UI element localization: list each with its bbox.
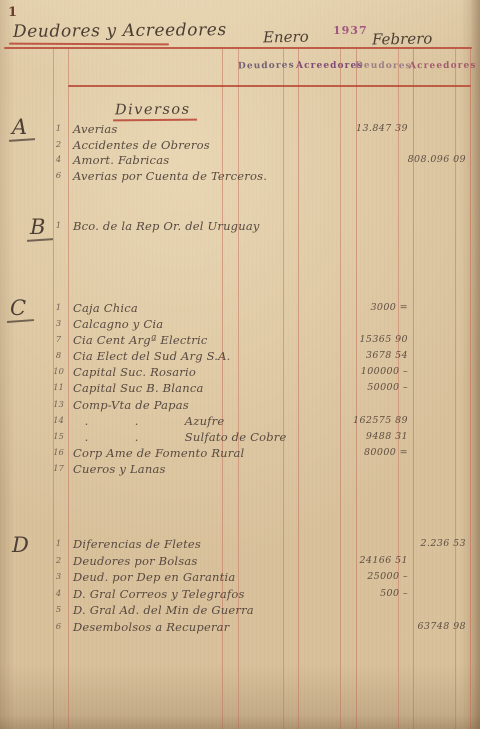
row-number: 11	[51, 383, 66, 393]
ledger-row: 5 D. Gral Ad. del Min de Guerra	[0, 603, 480, 620]
row-label: Deud. por Dep en Garantia	[73, 570, 235, 584]
ledger-row: 4 Amort. Fabricas 808.096 09	[0, 153, 480, 169]
row-number: 1	[51, 124, 66, 134]
row-label: Capital Suc B. Blanca	[73, 381, 204, 395]
ledger-row: 2 Deudores por Bolsas 24166 51	[0, 554, 480, 571]
row-label: . . Azufre	[73, 414, 224, 428]
section-heading: Diversos	[113, 102, 197, 122]
row-label: Capital Suc. Rosario	[73, 365, 196, 379]
column-header-febrero-acreedores: Acreedores	[409, 61, 469, 71]
section-rows: 1 Caja Chica 3000 = 3 Calcagno y Cia 7 C…	[0, 301, 480, 478]
value-febrero-deudores: 3678 54	[322, 350, 408, 361]
ledger-row: 6 Averias por Cuenta de Terceros.	[0, 169, 480, 185]
value-febrero-deudores: 80000 =	[322, 447, 408, 458]
row-label: Averias por Cuenta de Terceros.	[73, 169, 267, 183]
row-number: 6	[51, 622, 66, 632]
ledger-row: 4 D. Gral Correos y Telegrafos 500 –	[0, 587, 480, 604]
row-label: Deudores por Bolsas	[73, 554, 198, 568]
ledger-row: 1 Diferencias de Fletes 2.236 53	[0, 537, 480, 554]
row-label: Calcagno y Cia	[73, 317, 163, 331]
value-febrero-deudores: 9488 31	[322, 431, 408, 442]
section-rows: 1 Bco. de la Rep Or. del Uruguay	[0, 219, 480, 236]
page-edge-shadow-bottom	[0, 715, 480, 729]
row-number: 1	[51, 539, 66, 549]
row-label: D. Gral Correos y Telegrafos	[73, 587, 245, 601]
row-label: Amort. Fabricas	[73, 153, 169, 167]
ledger-row: 8 Cia Elect del Sud Arg S.A. 3678 54	[0, 349, 480, 365]
row-label: Caja Chica	[73, 301, 138, 315]
row-label: Bco. de la Rep Or. del Uruguay	[73, 219, 260, 233]
row-label: Cueros y Lanas	[73, 462, 166, 476]
value-febrero-deudores: 13.847 39	[322, 123, 408, 134]
page-title: Deudores y Acreedores	[13, 20, 227, 42]
year-stamp: 1937	[333, 24, 368, 37]
row-number: 2	[51, 556, 66, 566]
row-label: . . Sulfato de Cobre	[73, 430, 287, 444]
value-febrero-deudores: 100000 –	[322, 366, 408, 377]
row-number: 15	[51, 432, 66, 442]
row-number: 1	[51, 221, 66, 231]
value-febrero-deudores: 24166 51	[322, 555, 408, 566]
row-number: 1	[51, 303, 66, 313]
row-label: Diferencias de Fletes	[73, 537, 201, 551]
row-number: 16	[51, 448, 66, 458]
ledger-row: 2 Accidentes de Obreros	[0, 138, 480, 154]
value-febrero-deudores: 162575 89	[322, 415, 408, 426]
section-rows: 1 Diferencias de Fletes 2.236 53 2 Deudo…	[0, 537, 480, 637]
ledger-row: 11 Capital Suc B. Blanca 50000 –	[0, 381, 480, 397]
ledger-row: 17 Cueros y Lanas	[0, 462, 480, 478]
value-febrero-deudores: 50000 –	[322, 382, 408, 393]
value-febrero-deudores: 3000 =	[322, 302, 408, 313]
value-febrero-deudores: 15365 90	[322, 334, 408, 345]
row-number: 2	[51, 140, 66, 150]
column-header-rule-line	[68, 85, 471, 87]
ledger-row: 1 Bco. de la Rep Or. del Uruguay	[0, 219, 480, 236]
row-number: 5	[51, 605, 66, 615]
row-label: Desembolsos a Recuperar	[73, 620, 229, 634]
ledger-row: 15 . . Sulfato de Cobre 9488 31	[0, 430, 480, 446]
row-label: Averias	[73, 122, 117, 136]
ledger-row: 6 Desembolsos a Recuperar 63748 98	[0, 620, 480, 637]
row-number: 8	[51, 351, 66, 361]
value-febrero-deudores: 500 –	[322, 588, 408, 599]
row-number: 4	[51, 155, 66, 165]
row-number: 14	[51, 416, 66, 426]
ledger-row: 16 Corp Ame de Fomento Rural 80000 =	[0, 446, 480, 462]
value-febrero-acreedores: 2.236 53	[374, 538, 466, 549]
row-number: 3	[51, 319, 66, 329]
row-number: 17	[51, 464, 66, 474]
column-header-enero-acreedores: Acreedores	[296, 61, 356, 71]
row-number: 10	[51, 367, 66, 377]
ledger-row: 10 Capital Suc. Rosario 100000 –	[0, 365, 480, 381]
row-label: Accidentes de Obreros	[73, 138, 210, 152]
row-label: D. Gral Ad. del Min de Guerra	[73, 603, 254, 617]
ledger-row: 1 Caja Chica 3000 =	[0, 301, 480, 317]
ledger-row: 3 Deud. por Dep en Garantia 25000 –	[0, 570, 480, 587]
month-label-enero: Enero	[263, 28, 309, 47]
row-number: 7	[51, 335, 66, 345]
ledger-row: 14 . . Azufre 162575 89	[0, 414, 480, 430]
value-febrero-acreedores: 63748 98	[374, 621, 466, 632]
section-rows: 1 Averias 13.847 39 2 Accidentes de Obre…	[0, 122, 480, 184]
title-underline	[9, 43, 169, 46]
row-number: 6	[51, 171, 66, 181]
row-label: Cia Elect del Sud Arg S.A.	[73, 349, 231, 363]
value-febrero-acreedores: 808.096 09	[374, 154, 466, 165]
ledger-row: 1 Averias 13.847 39	[0, 122, 480, 138]
row-number: 13	[51, 400, 66, 410]
row-label: Corp Ame de Fomento Rural	[73, 446, 244, 460]
ledger-row: 13 Comp-Vta de Papas	[0, 398, 480, 414]
row-label: Comp-Vta de Papas	[73, 398, 189, 412]
column-header-febrero-deudores: Deudores	[355, 61, 411, 72]
page-edge-shadow-right	[470, 0, 480, 729]
ledger-row: 7 Cia Cent Argª Electric 15365 90	[0, 333, 480, 349]
value-febrero-deudores: 25000 –	[322, 571, 408, 582]
month-label-febrero: Febrero	[372, 29, 433, 48]
row-number: 3	[51, 572, 66, 582]
ledger-row: 3 Calcagno y Cia	[0, 317, 480, 333]
column-header-enero-deudores: Deudores	[238, 61, 294, 72]
row-number: 4	[51, 589, 66, 599]
row-label: Cia Cent Argª Electric	[73, 333, 208, 347]
ledger-page: 1 Deudores y Acreedores Enero 1937 Febre…	[0, 0, 480, 729]
page-number: 1	[8, 5, 17, 20]
